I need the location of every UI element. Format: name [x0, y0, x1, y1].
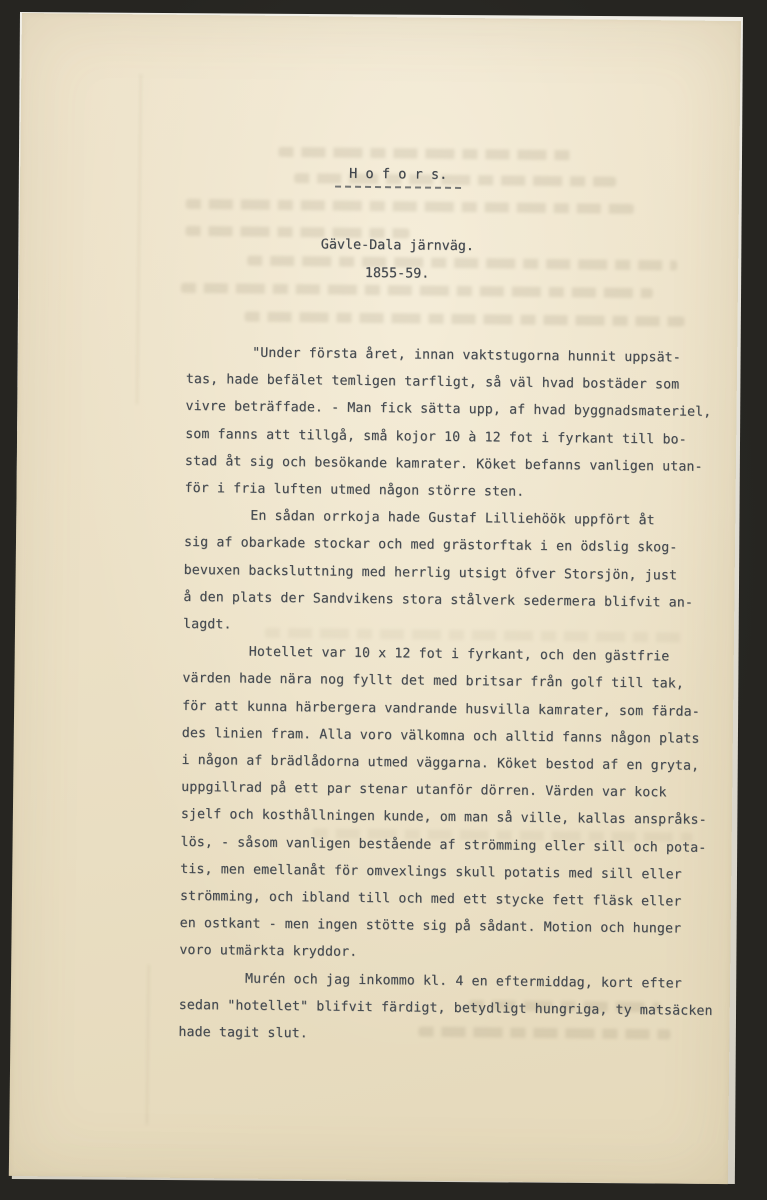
paragraph: "Under första året, innan vaktstugorna h… [184, 339, 748, 509]
page-title: H o f o r s. [180, 164, 616, 191]
document-page: H o f o r s. Gävle-Dala järnväg. 1855-59… [9, 13, 741, 1184]
paragraph: En sådan orrkoja hade Gustaf Lilliehöök … [183, 502, 747, 644]
bleed-through-line [278, 147, 570, 160]
bleed-through-line [245, 312, 685, 327]
crease-mark [145, 964, 150, 1124]
paragraph: Murén och jag inkommo kl. 4 en eftermidd… [178, 965, 741, 1053]
crease-mark [136, 74, 143, 404]
document-body: "Under första året, innan vaktstugorna h… [178, 339, 748, 1053]
page-background: H o f o r s. Gävle-Dala järnväg. 1855-59… [0, 0, 767, 1200]
page-title-text: H o f o r s. [349, 166, 447, 183]
bleed-through-line [181, 283, 653, 298]
bleed-through-line [186, 199, 634, 214]
title-underline [335, 186, 461, 189]
document-subtitle: Gävle-Dala järnväg. [179, 236, 615, 256]
paragraph: Hotellet var 10 x 12 fot i fyrkant, och … [179, 638, 745, 971]
